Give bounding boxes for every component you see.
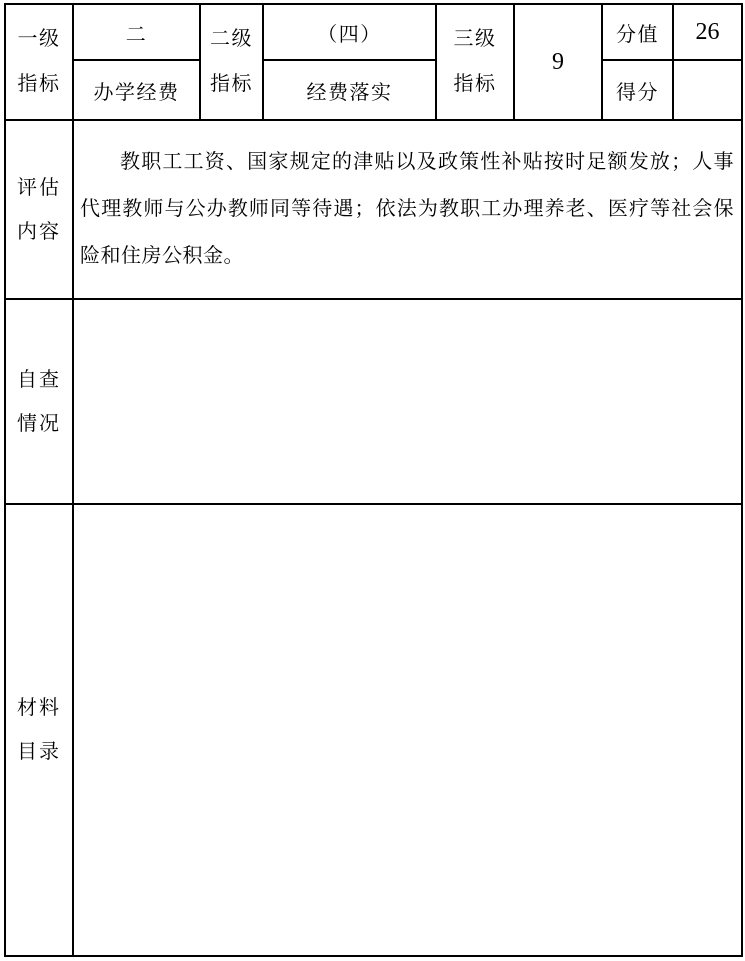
material-directory-row: 材料 目录	[5, 504, 742, 956]
level3-value-cell: 9	[514, 4, 602, 120]
evaluation-content-row: 评估 内容 教职工工资、国家规定的津贴以及政策性补贴按时足额发放；人事代理教师与…	[5, 120, 742, 299]
level1-indicator-header-cell: 一级 指标	[5, 4, 73, 120]
level2-value-top: （四）	[317, 24, 382, 46]
gain-label-cell: 得分	[602, 60, 673, 120]
level1-value-bottom: 办学经费	[94, 82, 180, 104]
material-directory-content-cell	[73, 504, 742, 956]
material-directory-label-cell: 材料 目录	[5, 504, 73, 956]
level1-value-top-cell: 二	[73, 4, 200, 60]
evaluation-content-cell: 教职工工资、国家规定的津贴以及政策性补贴按时足额发放；人事代理教师与公办教师同等…	[73, 120, 742, 299]
level3-indicator-label: 三级 指标	[454, 17, 497, 107]
evaluation-content-label: 评估 内容	[17, 166, 61, 254]
level2-value-bottom: 经费落实	[307, 82, 393, 104]
level1-indicator-label: 一级 指标	[18, 17, 61, 107]
level3-value: 9	[552, 49, 564, 75]
score-label: 分值	[616, 24, 659, 46]
evaluation-content-text: 教职工工资、国家规定的津贴以及政策性补贴按时足额发放；人事代理教师与公办教师同等…	[74, 139, 741, 280]
score-label-cell: 分值	[602, 4, 673, 60]
self-check-content-cell	[73, 299, 742, 504]
self-check-row: 自查 情况	[5, 299, 742, 504]
self-check-label: 自查 情况	[17, 358, 61, 446]
level2-indicator-label: 二级 指标	[210, 17, 253, 107]
evaluation-form-table: 一级 指标 二 二级 指标 （四） 三级 指标 9 分值 26 办学经费 经费落…	[4, 3, 743, 957]
level2-indicator-header-cell: 二级 指标	[200, 4, 263, 120]
self-check-label-cell: 自查 情况	[5, 299, 73, 504]
gain-label: 得分	[616, 82, 659, 104]
header-row-bottom: 办学经费 经费落实 得分	[5, 60, 742, 120]
evaluation-content-label-cell: 评估 内容	[5, 120, 73, 299]
material-directory-label: 材料 目录	[17, 686, 61, 774]
score-value-cell: 26	[673, 4, 742, 60]
level3-indicator-header-cell: 三级 指标	[436, 4, 514, 120]
level1-value-bottom-cell: 办学经费	[73, 60, 200, 120]
level1-value-top: 二	[126, 24, 148, 46]
header-row-top: 一级 指标 二 二级 指标 （四） 三级 指标 9 分值 26	[5, 4, 742, 60]
score-value: 26	[696, 19, 720, 45]
level2-value-bottom-cell: 经费落实	[263, 60, 436, 120]
gain-value-cell	[673, 60, 742, 120]
level2-value-top-cell: （四）	[263, 4, 436, 60]
